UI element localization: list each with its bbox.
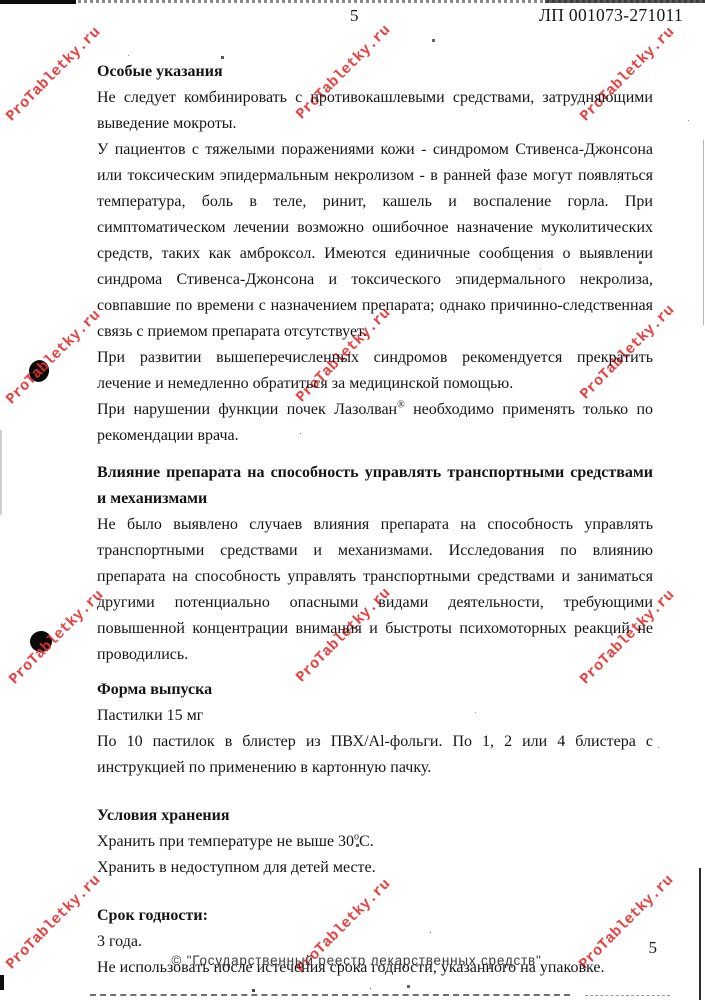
scan-right-edge-faint-line bbox=[703, 140, 704, 325]
paragraph: Не было выявлено случаев влияния препара… bbox=[97, 512, 653, 668]
section-heading-release-form: Форма выпуска bbox=[97, 677, 653, 703]
scan-bottom-dashed-line-2 bbox=[585, 995, 670, 996]
storage-temp-text: С. bbox=[359, 833, 374, 850]
scan-right-edge-line bbox=[699, 868, 701, 1000]
footer-copyright: © "Государственный реестр лекарственных … bbox=[8, 953, 705, 968]
scan-bottom-dashed-line bbox=[90, 994, 570, 996]
bottom-page-number: 5 bbox=[649, 938, 658, 958]
section-heading-special-instructions: Особые указания bbox=[97, 59, 653, 85]
top-page-number: 5 bbox=[350, 6, 359, 26]
document-body: Особые указания Не следует комбинировать… bbox=[97, 59, 653, 981]
registration-number: ЛП 001073-271011 bbox=[539, 5, 683, 26]
storage-temp-text: Хранить при температуре не выше 30 bbox=[97, 833, 354, 850]
paragraph: У пациентов с тяжелыми поражениями кожи … bbox=[97, 137, 653, 345]
paragraph: Не следует комбинировать с противокашлев… bbox=[97, 85, 653, 137]
paragraph-drug-note: При нарушении функции почек Лазолван® не… bbox=[97, 397, 653, 449]
scan-top-dark-segment bbox=[545, 0, 705, 3]
section-heading-shelf-life: Срок годности: bbox=[97, 903, 653, 929]
paragraph: Хранить в недоступном для детей месте. bbox=[97, 855, 653, 881]
scan-left-edge-mark bbox=[0, 975, 4, 990]
scan-speckles bbox=[0, 0, 1, 1]
scan-top-black-bar bbox=[0, 0, 76, 4]
watermark: ProTabletky.ru bbox=[7, 588, 107, 688]
paragraph: 3 года. bbox=[97, 929, 653, 955]
scanned-document-page: 5 ЛП 001073-271011 ProTabletky.ru ProTab… bbox=[0, 0, 705, 1000]
watermark: ProTabletky.ru bbox=[4, 25, 104, 125]
paragraph: При развитии вышеперечисленных синдромов… bbox=[97, 345, 653, 397]
section-heading-storage-conditions: Условия хранения bbox=[97, 803, 653, 829]
section-heading-driving-effects: Влияние препарата на способность управля… bbox=[97, 460, 653, 512]
paragraph: Пастилки 15 мг bbox=[97, 703, 653, 729]
drug-note-text: При нарушении функции почек Лазолван bbox=[97, 401, 397, 418]
paragraph: По 10 пастилок в блистер из ПВХ/Al-фольг… bbox=[97, 729, 653, 781]
scan-left-edge-faint-line bbox=[0, 430, 2, 515]
registered-trademark-symbol: ® bbox=[397, 400, 405, 411]
paragraph-storage-temp: Хранить при температуре не выше 30оС. bbox=[97, 829, 653, 855]
watermark: ProTabletky.ru bbox=[4, 308, 104, 408]
